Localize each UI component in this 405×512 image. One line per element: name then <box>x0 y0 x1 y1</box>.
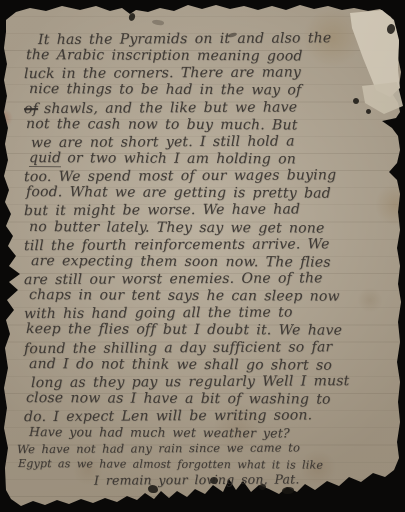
letter-line: no butter lately. They say we get none <box>24 219 396 238</box>
letter-text: It has the Pyramids on it and also the t… <box>24 31 396 488</box>
letter-line-text: shawls, and the like but we have <box>44 99 297 117</box>
letter-line: we are not short yet. I still hold a <box>24 133 396 152</box>
letter-line: till the fourth reinforcements arrive. W… <box>24 236 396 255</box>
struck-word: of <box>24 101 38 117</box>
letter-line: nice things to be had in the way of <box>24 81 396 100</box>
letter-line: long as they pay us regularly Well I mus… <box>24 373 396 392</box>
letter-line-text: or two which I am holding on <box>67 150 296 167</box>
letter-line: found the shilling a day sufficient so f… <box>24 338 396 357</box>
letter-line: keep the flies off but I doubt it. We ha… <box>24 321 396 340</box>
letter-line: but it might be worse. We have had <box>24 201 396 220</box>
letter-scan: It has the Pyramids on it and also the t… <box>0 0 405 512</box>
letter-line: and I do not think we shall go short so <box>24 356 396 375</box>
ink-blot <box>282 487 294 494</box>
letter-line: are expecting them soon now. The flies <box>24 253 396 272</box>
letter-line: not the cash now to buy much. But <box>24 116 396 135</box>
letter-line: ofshawls, and the like but we have <box>24 98 396 117</box>
underlined-word: quid <box>29 150 61 167</box>
signature-line: I remain your loving son, Pat. <box>24 471 396 489</box>
letter-line: We have not had any rain since we came t… <box>17 440 396 458</box>
letter-line: Egypt as we have almost forgotten what i… <box>16 456 396 473</box>
